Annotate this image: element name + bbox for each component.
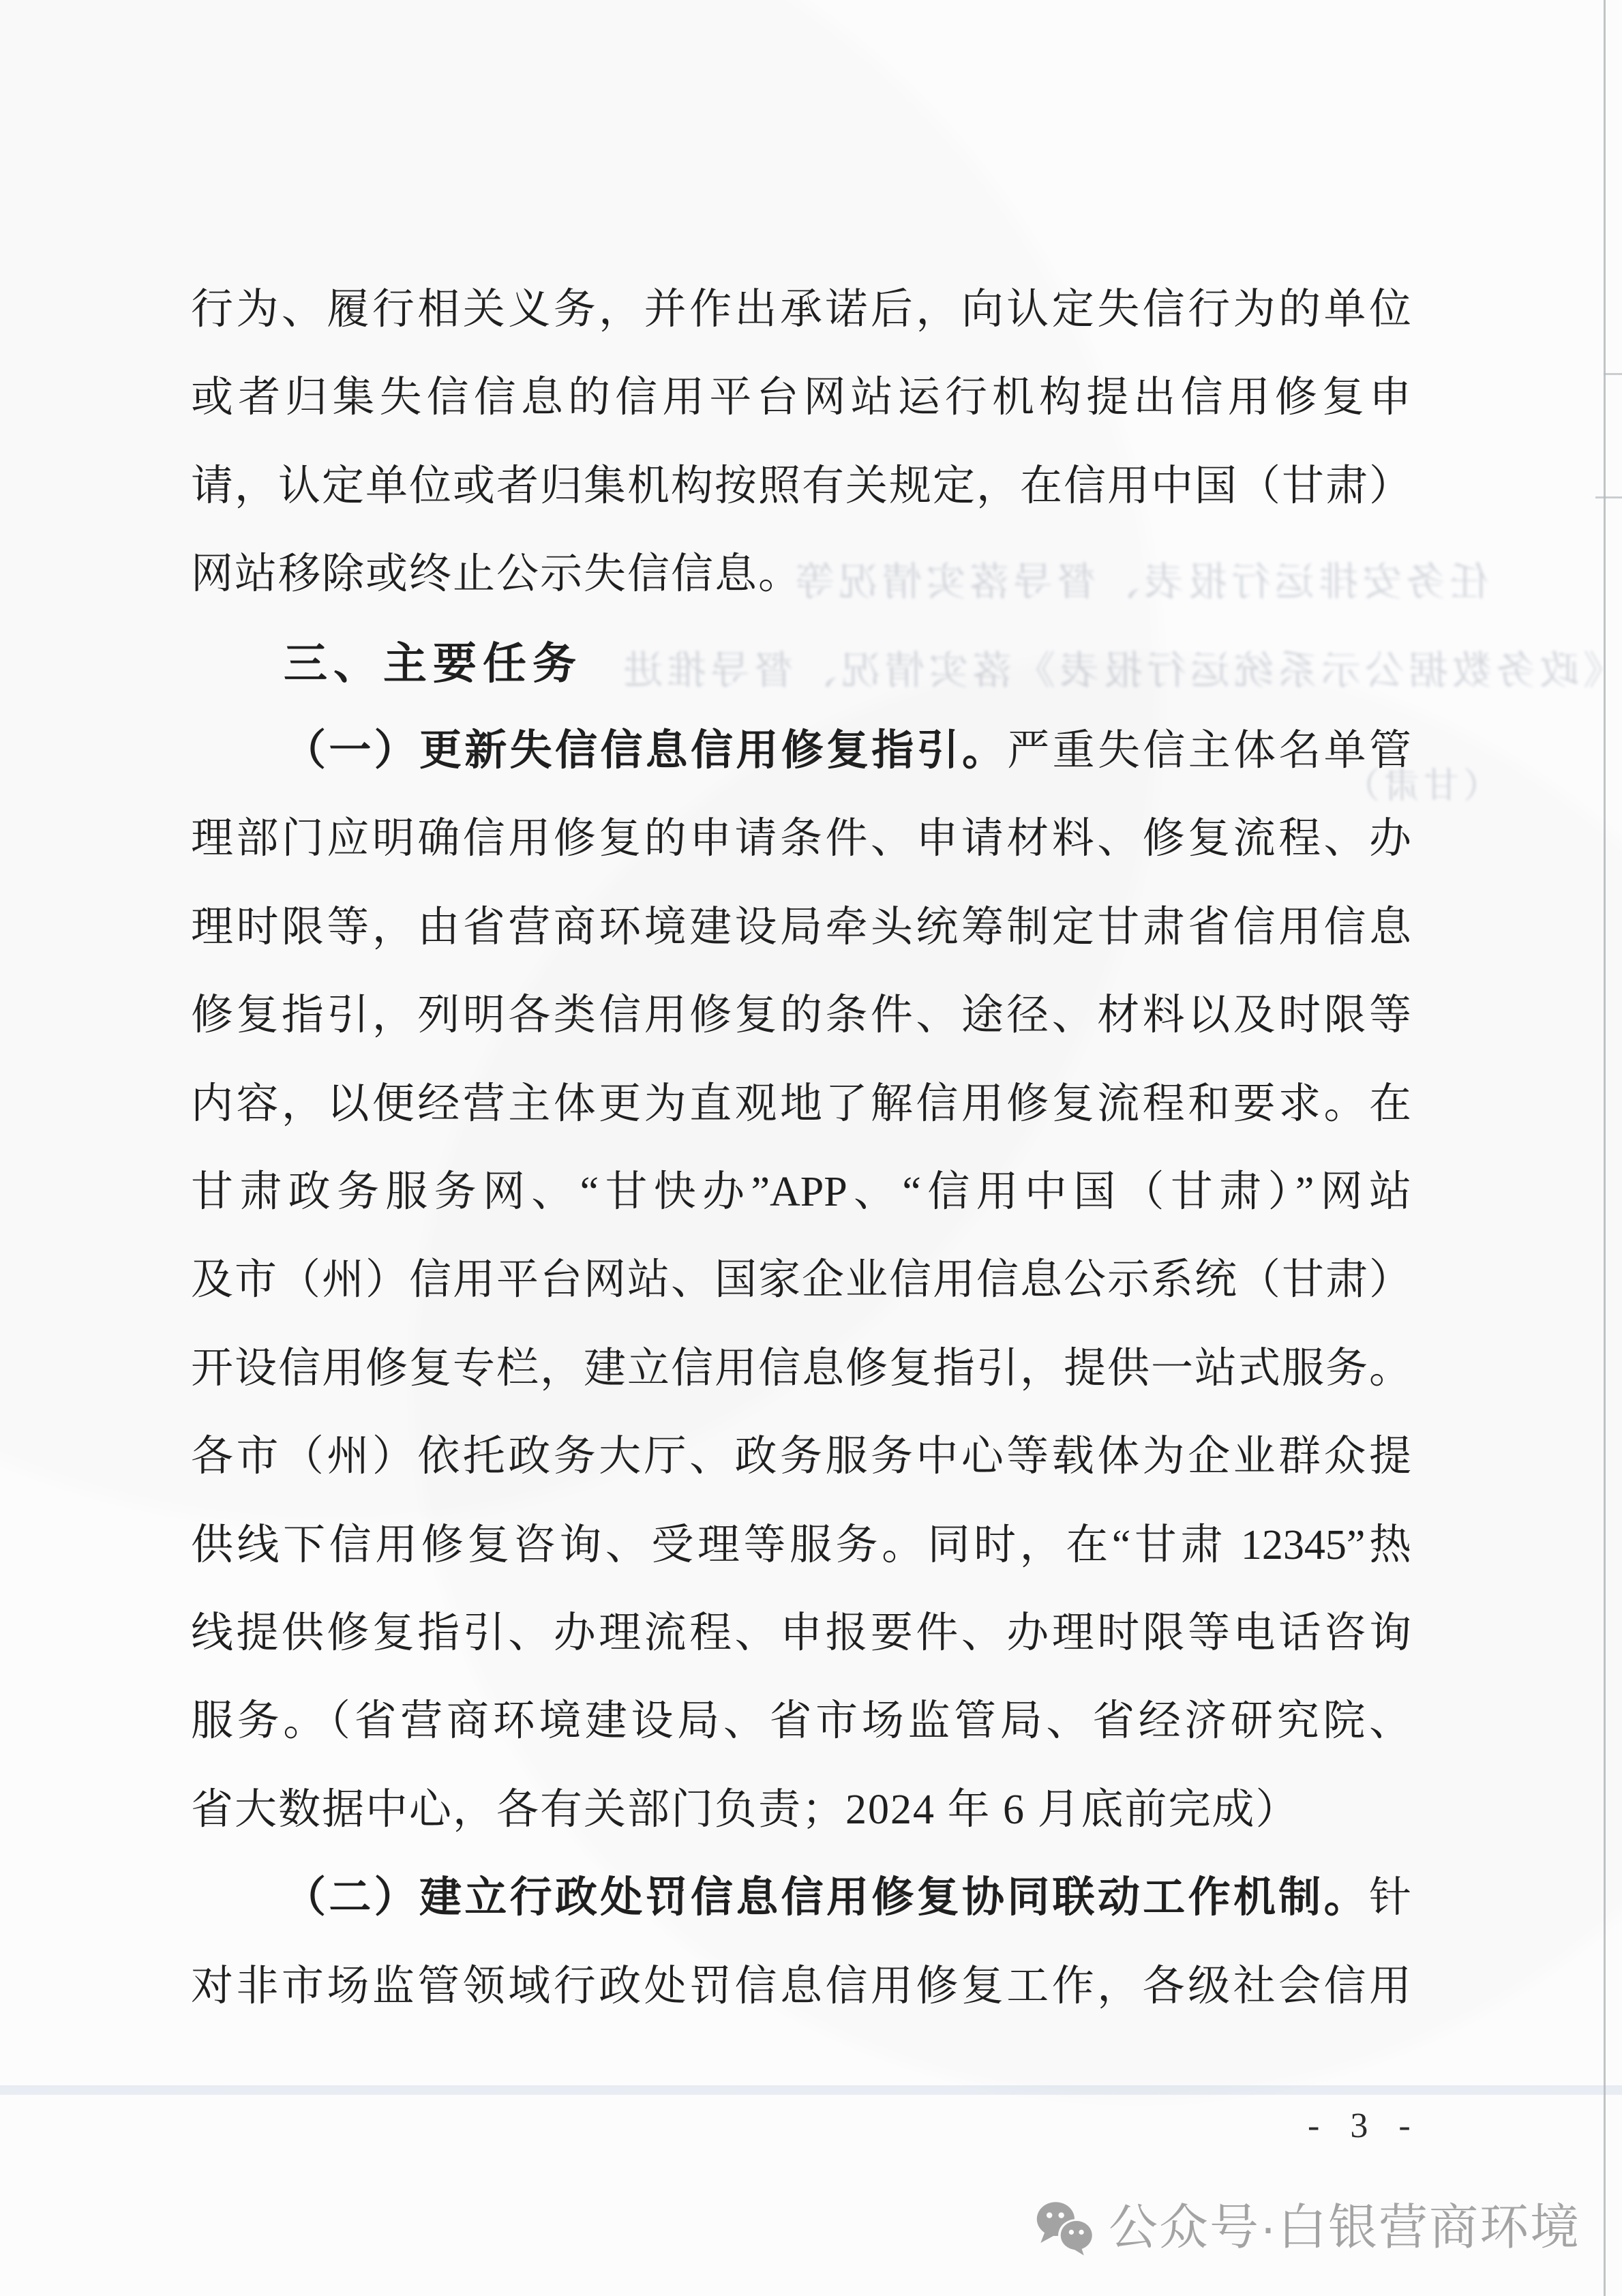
text-segment: 或者归集失信信息的信用平台网站运行机构提出信用修复申 — [191, 374, 1411, 421]
page-number: - 3 - — [1308, 2106, 1422, 2146]
body-line: 甘肃政务服务网、“甘快办”APP、“信用中国（甘肃）”网站 — [191, 1169, 1411, 1216]
body-line: 理时限等，由省营商环境建设局牵头统筹制定甘肃省信用信息 — [191, 904, 1411, 951]
text-segment: 理部门应明确信用修复的申请条件、申请材料、修复流程、办 — [191, 816, 1411, 862]
text-segment: 请，认定单位或者归集机构按照有关规定，在信用中国（甘肃） — [191, 463, 1411, 509]
section-heading: 三、主要任务 — [284, 640, 582, 689]
text-segment: 针 — [1369, 1875, 1411, 1921]
scan-edge-line — [1604, 0, 1606, 2296]
text-segment: 内容，以便经营主体更为直观地了解信用修复流程和要求。在 — [191, 1081, 1411, 1127]
text-segment: 供线下信用修复咨询、受理等服务。同时，在“甘肃 12345”热 — [191, 1522, 1411, 1568]
text-segment: 各市（州）依托政务大厅、政务服务中心等载体为企业群众提 — [191, 1433, 1411, 1480]
body-line: 线提供修复指引、办理流程、申报要件、办理时限等电话咨询 — [191, 1610, 1411, 1657]
body-line: 请，认定单位或者归集机构按照有关规定，在信用中国（甘肃） — [191, 463, 1411, 510]
body-line: 或者归集失信信息的信用平台网站运行机构提出信用修复申 — [191, 374, 1411, 421]
wechat-watermark: 公众号·白银营商环境 — [1035, 2200, 1580, 2256]
body-line: （二）建立行政处罚信息信用修复协同联动工作机制。针 — [284, 1875, 1411, 1922]
body-line: 供线下信用修复咨询、受理等服务。同时，在“甘肃 12345”热 — [191, 1522, 1411, 1569]
body-line: 内容，以便经营主体更为直观地了解信用修复流程和要求。在 — [191, 1081, 1411, 1128]
body-line: 修复指引，列明各类信用修复的条件、途径、材料以及时限等 — [191, 992, 1411, 1039]
text-segment: 行为、履行相关义务，并作出承诺后，向认定失信行为的单位 — [191, 286, 1411, 333]
body-line: 开设信用修复专栏，建立信用信息修复指引，提供一站式服务。 — [191, 1345, 1411, 1392]
text-segment: 服务。 — [191, 1698, 329, 1744]
text-segment: 网站移除或终止公示失信信息。 — [191, 551, 802, 597]
body-line: 网站移除或终止公示失信信息。 — [191, 551, 1411, 598]
text-segment: 修复指引，列明各类信用修复的条件、途径、材料以及时限等 — [191, 992, 1411, 1039]
body-line: 行为、履行相关义务，并作出承诺后，向认定失信行为的单位 — [191, 286, 1411, 333]
bleedthrough-ghost-text: 《政务数据公示系统运行报表》落实情况、督导推进 — [619, 638, 1622, 696]
scan-edge-tick — [1604, 373, 1622, 375]
wechat-icon — [1035, 2200, 1098, 2256]
body-line: 服务。（省营商环境建设局、省市场监管局、省经济研究院、 — [191, 1698, 1411, 1745]
text-segment: （省营商环境建设局、省市场监管局、省经济研究院、 — [329, 1698, 1411, 1744]
body-line: 各市（州）依托政务大厅、政务服务中心等载体为企业群众提 — [191, 1433, 1411, 1480]
text-segment: （一）更新失信信息信用修复指引。 — [284, 728, 1007, 774]
document-page: 任务安排运行报表、督导落实情况等《政务数据公示系统运行报表》落实情况、督导推进（… — [0, 0, 1622, 2296]
text-segment: 线提供修复指引、办理流程、申报要件、办理时限等电话咨询 — [191, 1610, 1411, 1656]
text-segment: （二）建立行政处罚信息信用修复协同联动工作机制。 — [284, 1875, 1369, 1921]
text-segment: 理时限等，由省营商环境建设局牵头统筹制定甘肃省信用信息 — [191, 904, 1411, 951]
text-segment: 严重失信主体名单管 — [1007, 728, 1411, 774]
text-segment: 开设信用修复专栏，建立信用信息修复指引，提供一站式服务。 — [191, 1345, 1411, 1392]
body-line: 对非市场监管领域行政处罚信息信用修复工作，各级社会信用 — [191, 1963, 1411, 2010]
body-line: （一）更新失信信息信用修复指引。严重失信主体名单管 — [284, 728, 1411, 775]
text-segment: 省大数据中心，各有关部门负责；2024 年 6 月底前完成） — [191, 1787, 1300, 1833]
body-line: 省大数据中心，各有关部门负责；2024 年 6 月底前完成） — [191, 1787, 1411, 1834]
text-segment: 甘肃政务服务网、“甘快办”APP、“信用中国（甘肃）”网站 — [191, 1169, 1411, 1215]
scan-edge-tick — [1595, 496, 1622, 498]
text-segment: 对非市场监管领域行政处罚信息信用修复工作，各级社会信用 — [191, 1963, 1411, 2010]
scan-streak — [0, 2085, 1622, 2095]
text-segment: 及市（州）信用平台网站、国家企业信用信息公示系统（甘肃） — [191, 1257, 1411, 1303]
text-segment: 三、主要任务 — [284, 639, 582, 688]
body-line: 及市（州）信用平台网站、国家企业信用信息公示系统（甘肃） — [191, 1257, 1411, 1304]
watermark-text: 公众号·白银营商环境 — [1109, 2203, 1580, 2252]
body-line: 理部门应明确信用修复的申请条件、申请材料、修复流程、办 — [191, 816, 1411, 863]
